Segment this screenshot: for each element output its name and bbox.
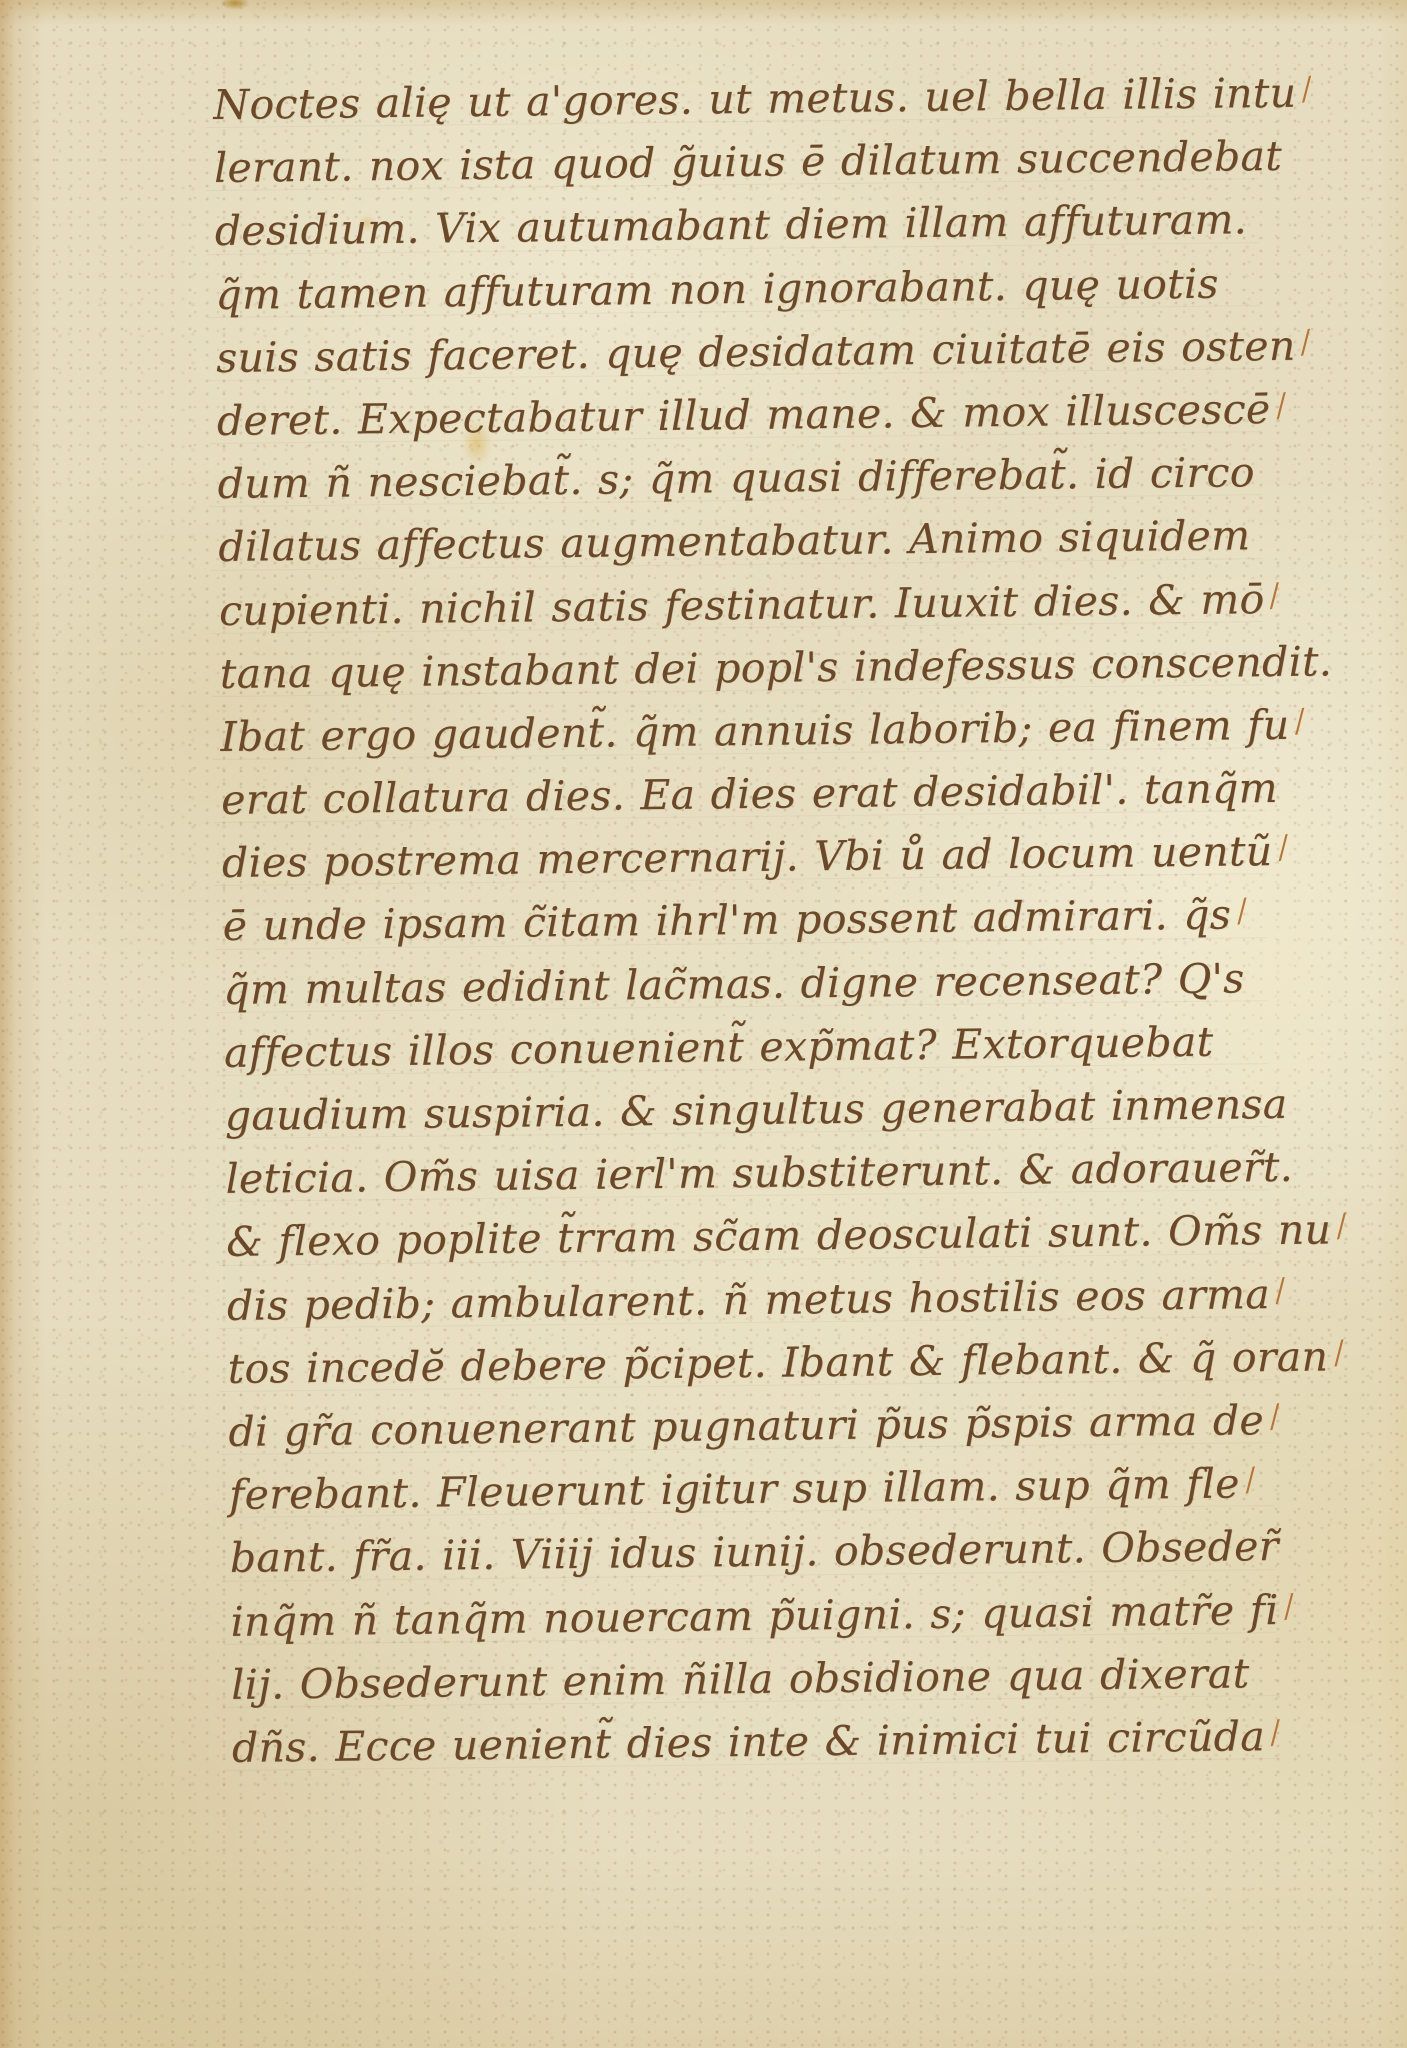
manuscript-line: Ibat ergo gaudent̃. q̃m annuis laborib; … bbox=[220, 694, 1251, 769]
manuscript-line-text: tos incedĕ debere p̃cipet. Ibant & fleba… bbox=[227, 1332, 1328, 1392]
parchment-stain bbox=[220, 0, 250, 10]
manuscript-line: dilatus affectus augmentabatur. Animo si… bbox=[218, 505, 1249, 580]
line-end-hyphen-mark: / bbox=[1262, 1385, 1286, 1449]
manuscript-line-text: affectus illos conuenient̃ exp̃mat? Exto… bbox=[224, 1018, 1214, 1077]
manuscript-line: dies postrema mercernarij. Vbi ů ad locu… bbox=[222, 821, 1253, 896]
manuscript-line: lij. Obsederunt enim ñilla obsidione qua… bbox=[231, 1642, 1262, 1717]
manuscript-line-text: suis satis faceret. quę desidatam ciuita… bbox=[216, 321, 1296, 381]
line-end-hyphen-mark: / bbox=[1269, 374, 1293, 438]
manuscript-line-text: inq̃m ñ tanq̃m nouercam p̃uigni. s; quas… bbox=[230, 1586, 1279, 1646]
manuscript-line-text: cupienti. nichil satis festinatur. Iuuxi… bbox=[219, 575, 1265, 635]
manuscript-line-text: & flexo poplite t̃rram sc̃am deosculati … bbox=[226, 1206, 1332, 1267]
manuscript-line-text: q̃m tamen affuturam non ignorabant. quę … bbox=[215, 259, 1219, 318]
manuscript-line-text: lij. Obsederunt enim ñilla obsidione qua… bbox=[231, 1649, 1250, 1709]
line-end-hyphen-mark: / bbox=[1271, 816, 1295, 880]
manuscript-line-text: erat collatura dies. Ea dies erat desida… bbox=[221, 764, 1278, 824]
manuscript-line-text: deret. Expectabatur illud mane. & mox il… bbox=[217, 385, 1271, 445]
line-end-hyphen-mark: / bbox=[1263, 563, 1287, 627]
manuscript-line: Noctes alię ut a'gores. ut metus. uel be… bbox=[213, 62, 1244, 137]
manuscript-line: dum ñ nesciebat̃. s; q̃m quasi differeba… bbox=[217, 441, 1248, 516]
manuscript-line-text: dilatus affectus augmentabatur. Animo si… bbox=[218, 512, 1250, 572]
manuscript-line: deret. Expectabatur illud mane. & mox il… bbox=[217, 378, 1248, 453]
manuscript-line: gaudium suspiria. & singultus generabat … bbox=[224, 1073, 1255, 1148]
manuscript-line: leticia. Om̃s uisa ierl'm substiterunt. … bbox=[225, 1136, 1256, 1211]
manuscript-line-text: Noctes alię ut a'gores. ut metus. uel be… bbox=[213, 69, 1297, 129]
manuscript-line: & flexo poplite t̃rram sc̃am deosculati … bbox=[226, 1200, 1257, 1275]
manuscript-line-text: leticia. Om̃s uisa ierl'm substiterunt. … bbox=[225, 1143, 1293, 1203]
line-end-hyphen-mark: / bbox=[1294, 310, 1318, 374]
manuscript-line: lerant. nox ista quod g̃uius ē dilatum s… bbox=[214, 125, 1245, 200]
manuscript-line-text: dum ñ nesciebat̃. s; q̃m quasi differeba… bbox=[217, 448, 1255, 508]
manuscript-line-text: ē unde ipsam c̃itam ihrl'm possent admir… bbox=[222, 891, 1231, 950]
manuscript-line: ferebant. Fleuerunt igitur sup illam. su… bbox=[229, 1452, 1260, 1527]
manuscript-page: Noctes alię ut a'gores. ut metus. uel be… bbox=[0, 0, 1407, 2048]
manuscript-line: ē unde ipsam c̃itam ihrl'm possent admir… bbox=[222, 884, 1253, 959]
manuscript-line: dñs. Ecce uenient̃ dies inte & inimici t… bbox=[232, 1705, 1263, 1780]
line-end-hyphen-mark: / bbox=[1327, 1321, 1351, 1385]
manuscript-line: tana quę instabant dei popl's indefessus… bbox=[219, 631, 1250, 706]
manuscript-line-text: tana quę instabant dei popl's indefessus… bbox=[220, 637, 1333, 698]
manuscript-line-text: dies postrema mercernarij. Vbi ů ad locu… bbox=[222, 827, 1273, 887]
manuscript-line-text: desidium. Vix autumabant diem illam affu… bbox=[215, 196, 1248, 256]
manuscript-line: desidium. Vix autumabant diem illam affu… bbox=[214, 189, 1245, 264]
manuscript-line-text: di gr̃a conuenerant pugnaturi p̃us p̃spi… bbox=[228, 1396, 1264, 1456]
manuscript-line-text: lerant. nox ista quod g̃uius ē dilatum s… bbox=[214, 132, 1282, 192]
manuscript-line-text: q̃m multas edidint lac̃mas. digne recens… bbox=[223, 954, 1245, 1014]
manuscript-line: affectus illos conuenient̃ exp̃mat? Exto… bbox=[224, 1010, 1255, 1085]
manuscript-line-text: bant. fr̃a. iii. Viiij idus iunij. obsed… bbox=[230, 1522, 1279, 1582]
manuscript-line: q̃m multas edidint lac̃mas. digne recens… bbox=[223, 947, 1254, 1022]
manuscript-text-block: Noctes alię ut a'gores. ut metus. uel be… bbox=[213, 62, 1262, 1780]
manuscript-line-text: ferebant. Fleuerunt igitur sup illam. su… bbox=[229, 1460, 1240, 1519]
manuscript-line: tos incedĕ debere p̃cipet. Ibant & fleba… bbox=[227, 1326, 1258, 1401]
manuscript-line: di gr̃a conuenerant pugnaturi p̃us p̃spi… bbox=[228, 1389, 1259, 1464]
line-end-hyphen-mark: / bbox=[1263, 1701, 1287, 1765]
manuscript-line: cupienti. nichil satis festinatur. Iuuxi… bbox=[219, 568, 1250, 643]
line-end-hyphen-mark: / bbox=[1268, 1258, 1292, 1322]
manuscript-line: suis satis faceret. quę desidatam ciuita… bbox=[216, 315, 1247, 390]
manuscript-line: bant. fr̃a. iii. Viiij idus iunij. obsed… bbox=[229, 1516, 1260, 1591]
manuscript-line-text: Ibat ergo gaudent̃. q̃m annuis laborib; … bbox=[220, 701, 1289, 761]
manuscript-line: inq̃m ñ tanq̃m nouercam p̃uigni. s; quas… bbox=[230, 1579, 1261, 1654]
manuscript-line-text: dis pedib; ambularent. ñ metus hostilis … bbox=[227, 1270, 1271, 1330]
line-end-hyphen-mark: / bbox=[1238, 1448, 1262, 1512]
line-end-hyphen-mark: / bbox=[1230, 880, 1254, 944]
line-end-hyphen-mark: / bbox=[1277, 1574, 1301, 1638]
manuscript-line-text: dñs. Ecce uenient̃ dies inte & inimici t… bbox=[232, 1712, 1265, 1772]
manuscript-line-text: gaudium suspiria. & singultus generabat … bbox=[225, 1080, 1288, 1140]
line-end-hyphen-mark: / bbox=[1288, 689, 1312, 753]
manuscript-line: q̃m tamen affuturam non ignorabant. quę … bbox=[215, 252, 1246, 327]
line-end-hyphen-mark: / bbox=[1330, 1194, 1354, 1258]
manuscript-line: dis pedib; ambularent. ñ metus hostilis … bbox=[227, 1263, 1258, 1338]
manuscript-line: erat collatura dies. Ea dies erat desida… bbox=[221, 757, 1252, 832]
line-end-hyphen-mark: / bbox=[1295, 57, 1319, 121]
